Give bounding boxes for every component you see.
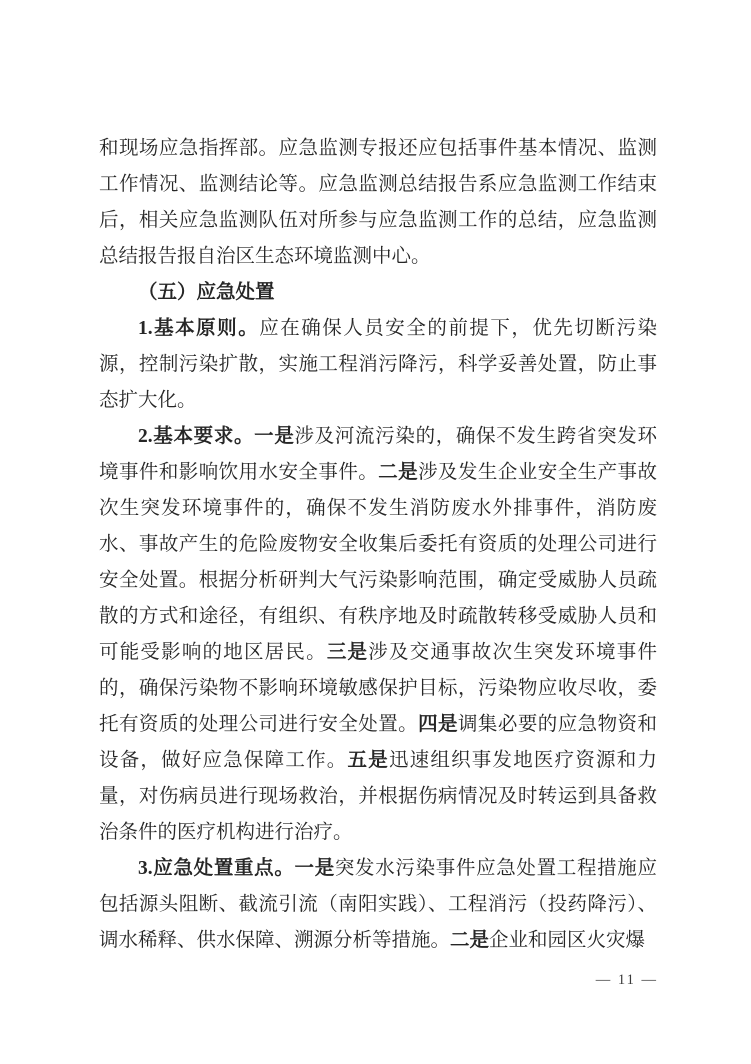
run-marker-first: 一是	[295, 858, 335, 879]
run-marker-second: 二是	[450, 930, 489, 951]
document-body: 和现场应急指挥部。应急监测专报还应包括事件基本情况、监测工作情况、监测结论等。应…	[99, 131, 657, 959]
run-marker-fifth: 五是	[348, 750, 389, 771]
paragraph-monitoring-report: 和现场应急指挥部。应急监测专报还应包括事件基本情况、监测工作情况、监测结论等。应…	[99, 131, 657, 275]
run-label-response-priorities: 3.应急处置重点。	[138, 858, 295, 879]
section-heading-emergency-disposal: （五）应急处置	[99, 275, 657, 311]
run-label-basic-requirements: 2.基本要求。	[138, 426, 254, 447]
run-marker-third: 三是	[327, 642, 368, 663]
paragraph-basic-principles: 1.基本原则。应在确保人员安全的前提下，优先切断污染源，控制污染扩散，实施工程消…	[99, 311, 657, 419]
paragraph-text: 和现场应急指挥部。应急监测专报还应包括事件基本情况、监测工作情况、监测结论等。应…	[99, 138, 657, 267]
run-text: 企业和园区火灾爆	[489, 930, 645, 951]
page-number-text: — 11 —	[596, 972, 658, 988]
paragraph-basic-requirements: 2.基本要求。一是涉及河流污染的，确保不发生跨省突发环境事件和影响饮用水安全事件…	[99, 419, 657, 851]
page-number: — 11 —	[0, 972, 658, 989]
document-page: 和现场应急指挥部。应急监测专报还应包括事件基本情况、监测工作情况、监测结论等。应…	[0, 0, 751, 1064]
run-label-basic-principles: 1.基本原则。	[138, 318, 259, 339]
run-marker-first: 一是	[254, 426, 294, 447]
paragraph-response-priorities: 3.应急处置重点。一是突发水污染事件应急处置工程措施应包括源头阻断、截流引流（南…	[99, 851, 657, 959]
run-marker-second: 二是	[378, 462, 418, 483]
run-marker-fourth: 四是	[418, 714, 458, 735]
run-text: 涉及发生企业安全生产事故次生突发环境事件的，确保不发生消防废水外排事件，消防废水…	[99, 462, 657, 663]
heading-text: （五）应急处置	[138, 282, 275, 303]
